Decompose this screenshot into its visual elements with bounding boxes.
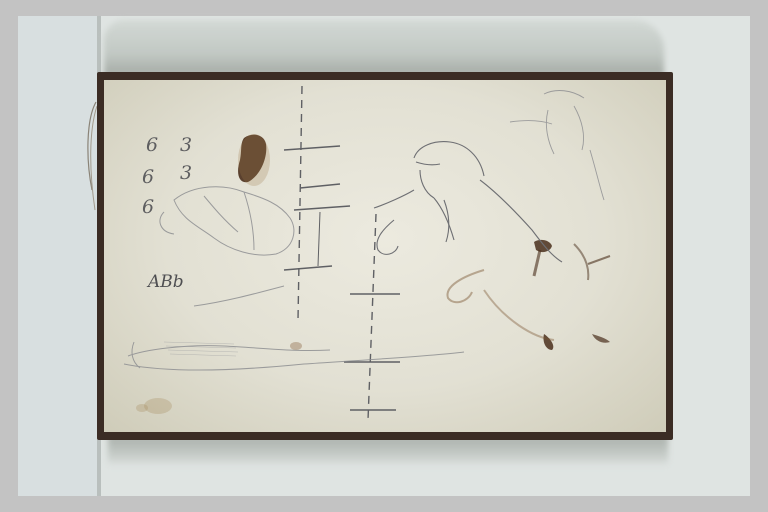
small-head-sketch xyxy=(510,91,604,200)
pencil-drawing xyxy=(104,80,666,432)
book-shadow-top xyxy=(104,20,664,76)
shaded-arm-sketch xyxy=(164,342,238,356)
dashed-measurement-lines xyxy=(284,86,400,420)
numeral-6-row1: 6 xyxy=(146,134,158,156)
numeral-3-row1: 3 xyxy=(180,134,192,156)
mount-left-panel xyxy=(18,16,98,496)
seated-woman-drinking-sketch xyxy=(374,142,562,262)
sketchbook-page: 6 3 6 3 6 ABb xyxy=(104,80,666,432)
numeral-3-row2: 3 xyxy=(180,162,192,184)
monogram: ABb xyxy=(148,272,184,292)
numeral-6-row2: 6 xyxy=(142,166,154,188)
binding-thread xyxy=(84,100,98,220)
numeral-6-row3: 6 xyxy=(142,196,154,218)
book-shadow-bottom xyxy=(108,436,668,466)
